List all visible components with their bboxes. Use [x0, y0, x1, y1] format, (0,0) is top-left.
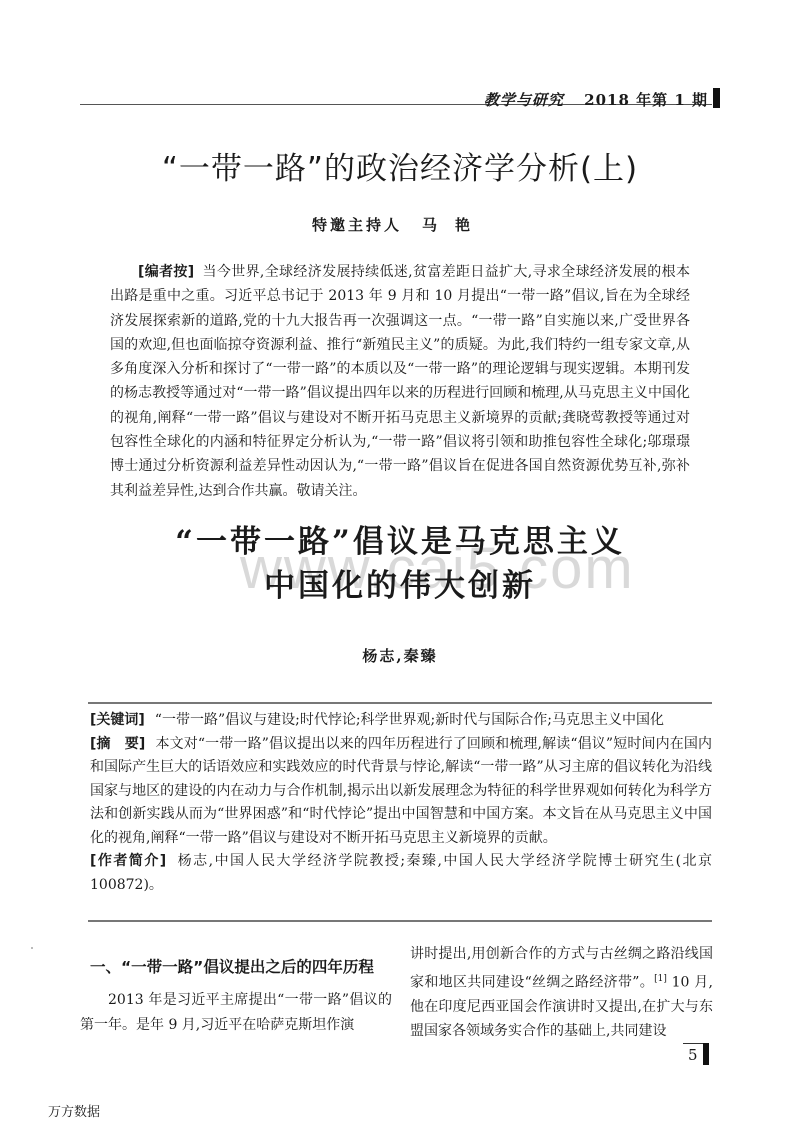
article-title: “一带一路”倡议是马克思主义 中国化的伟大创新 [0, 520, 800, 608]
body-paragraph: 2013 年是习近平主席提出“一带一路”倡议的第一年。是年 9 月,习近平在哈萨… [80, 988, 392, 1038]
footer-source: 万方数据 [48, 1101, 100, 1120]
reference-mark[interactable]: [1] [654, 974, 667, 984]
page-marker-block [703, 1043, 709, 1065]
body-paragraph: 讲时提出,用创新合作的方式与古丝绸之路沿线国家和地区共同建设“丝绸之路经济带”。… [410, 942, 713, 1044]
column-host: 特邀主持人马艳 [0, 214, 800, 235]
author-separator: , [396, 647, 403, 665]
abstract: [摘 要]本文对“一带一路”倡议提出以来的四年历程进行了回顾和梳理,解读“倡议”… [90, 733, 712, 851]
running-header: 教学与研究 2018 年第 1 期 [484, 89, 708, 110]
keywords-label: [关键词] [90, 712, 145, 728]
keywords-text: “一带一路”倡议与建设;时代悖论;科学世界观;新时代与国际合作;马克思主义中国化 [155, 712, 664, 728]
page-number: 5 [688, 1046, 698, 1064]
editor-note-label: [编者按] [138, 264, 194, 280]
journal-name: 教学与研究 [484, 91, 564, 109]
section-heading: 一、“一带一路”倡议提出之后的四年历程 [90, 955, 374, 977]
editor-note-text: 当今世界,全球经济发展持续低迷,贫富差距日益扩大,寻求全球经济发展的根本出路是重… [110, 264, 690, 499]
article-title-line-2: 中国化的伟大创新 [0, 564, 800, 608]
abstract-text: 本文对“一带一路”倡议提出以来的四年历程进行了回顾和梳理,解读“倡议”短时间内在… [90, 736, 712, 846]
host-name: 马艳 [422, 216, 488, 234]
author-intro-label: [作者简介] [90, 853, 166, 869]
scan-speck [31, 947, 33, 949]
abstract-label: [摘 要] [90, 736, 145, 752]
abstract-bottom-rule [88, 920, 712, 922]
issue-label: 2018 年第 1 期 [584, 91, 708, 109]
article-authors: 杨志,秦臻 [0, 645, 800, 666]
editor-note: [编者按]当今世界,全球经济发展持续低迷,贫富差距日益扩大,寻求全球经济发展的根… [110, 260, 690, 503]
author-intro-text: 杨志,中国人民大学经济学院教授;秦臻,中国人民大学经济学院博士研究生(北京 10… [90, 853, 712, 893]
body-column-left: 2013 年是习近平主席提出“一带一路”倡议的第一年。是年 9 月,习近平在哈萨… [80, 988, 392, 1038]
abstract-block: [关键词]“一带一路”倡议与建设;时代悖论;科学世界观;新时代与国际合作;马克思… [90, 709, 712, 897]
author-intro: [作者简介]杨志,中国人民大学经济学院教授;秦臻,中国人民大学经济学院博士研究生… [90, 850, 712, 897]
article-title-line-1: “一带一路”倡议是马克思主义 [0, 520, 800, 564]
body-column-right: 讲时提出,用创新合作的方式与古丝绸之路沿线国家和地区共同建设“丝绸之路经济带”。… [410, 942, 713, 1044]
column-title: “一带一路”的政治经济学分析(上) [0, 143, 800, 188]
abstract-top-rule [88, 702, 712, 704]
header-marker-block [713, 88, 720, 108]
host-label: 特邀主持人 [312, 216, 402, 234]
keywords: [关键词]“一带一路”倡议与建设;时代悖论;科学世界观;新时代与国际合作;马克思… [90, 709, 712, 733]
author-2: 秦臻 [404, 647, 438, 665]
author-1: 杨志 [362, 647, 396, 665]
